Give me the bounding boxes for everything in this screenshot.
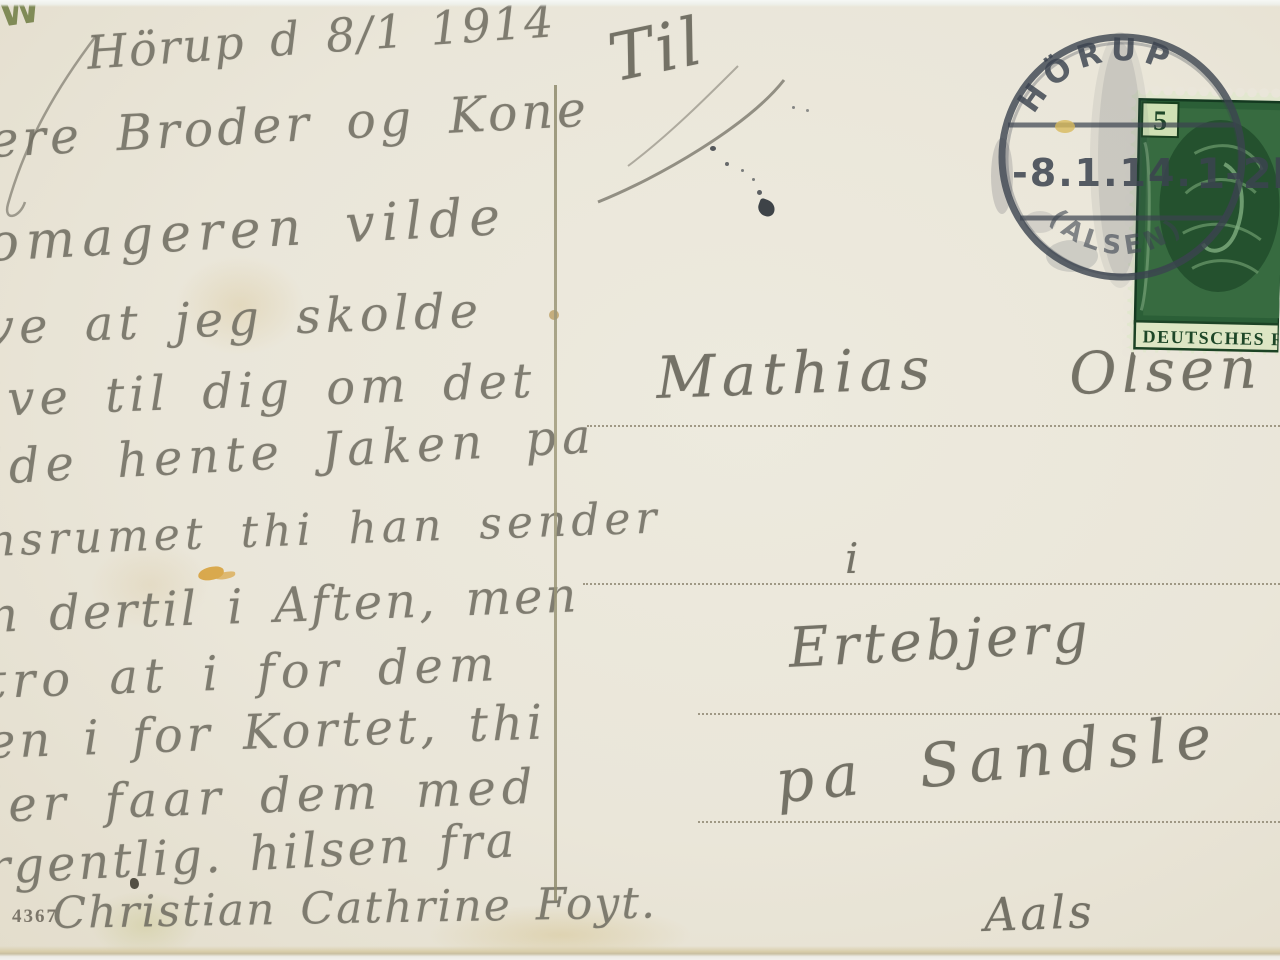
address-dotted-line-2 xyxy=(583,583,1280,585)
address-dotted-line-4 xyxy=(698,821,1280,823)
message-line: n dertil i Aften, men xyxy=(0,567,580,644)
address-region: Aals xyxy=(983,884,1096,942)
message-date: Hörup d 8/1 1914 xyxy=(85,0,557,80)
postcard-scan: W Hörup d 8/1 1914 ere Broder og Kone om… xyxy=(0,0,1280,960)
message-line: nsrumet thi han sender xyxy=(0,492,662,567)
address-via: pa Sandsle xyxy=(772,701,1224,817)
message-signature: Christian Cathrine Foyt. xyxy=(52,877,657,939)
card-bottom-edge xyxy=(0,946,1280,960)
scan-edge-top xyxy=(0,0,1280,7)
address-recipient-first: Mathias xyxy=(655,334,937,412)
message-line: ve at jeg skolde xyxy=(0,283,484,356)
postmark-date: -8.1.14. xyxy=(1012,151,1193,195)
address-town: Ertebjerg xyxy=(787,600,1093,680)
address-line-in: i xyxy=(845,534,858,583)
postmark-time: 1-2N xyxy=(1196,149,1280,198)
postmark: HÖRUP (ALSEN) -8.1.14. 1-2N xyxy=(982,18,1280,310)
address-dotted-line-1 xyxy=(587,425,1280,427)
address-divider-line xyxy=(554,85,557,901)
print-number: 4367 xyxy=(12,906,58,928)
paper-stain xyxy=(1055,120,1075,133)
stamp-country-label: DEUTSCHES R xyxy=(1142,326,1280,349)
ink-dot xyxy=(806,109,809,112)
